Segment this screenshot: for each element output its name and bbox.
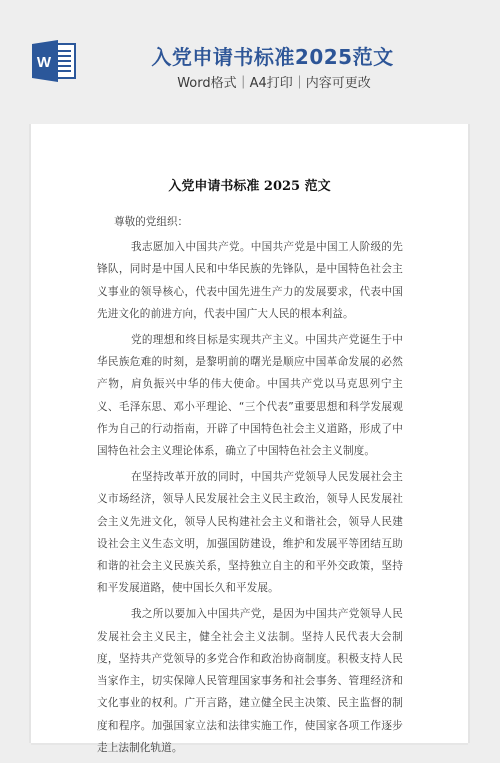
greeting: 尊敬的党组织： xyxy=(114,213,403,231)
document-body: 尊敬的党组织： 我志愿加入中国共产党。中国共产党是中国工人阶级的先锋队，同时是中… xyxy=(97,213,403,750)
document-page: 入党申请书标准 2025 范文 尊敬的党组织： 我志愿加入中国共产党。中国共产党… xyxy=(31,124,468,743)
document-title: 入党申请书标准 2025 范文 xyxy=(31,178,468,196)
paragraph: 我之所以要加入中国共产党，是因为中国共产党领导人民发展社会主义民主，健全社会主义… xyxy=(97,603,403,750)
paragraph: 党的理想和终目标是实现共产主义。中国共产党诞生于中华民族危难的时刻，是黎明前的曙… xyxy=(97,329,403,463)
header-subtitle: Word格式｜A4打印｜内容可更改 xyxy=(0,75,500,93)
header-title: 入党申请书标准2025范文 xyxy=(0,44,500,70)
paragraph: 我志愿加入中国共产党。中国共产党是中国工人阶级的先锋队，同时是中国人民和中华民族… xyxy=(97,236,403,325)
paragraph: 在坚持改革开放的同时，中国共产党领导人民发展社会主义市场经济，领导人民发展社会主… xyxy=(97,466,403,600)
header-banner: W 入党申请书标准2025范文 Word格式｜A4打印｜内容可更改 xyxy=(0,0,500,118)
